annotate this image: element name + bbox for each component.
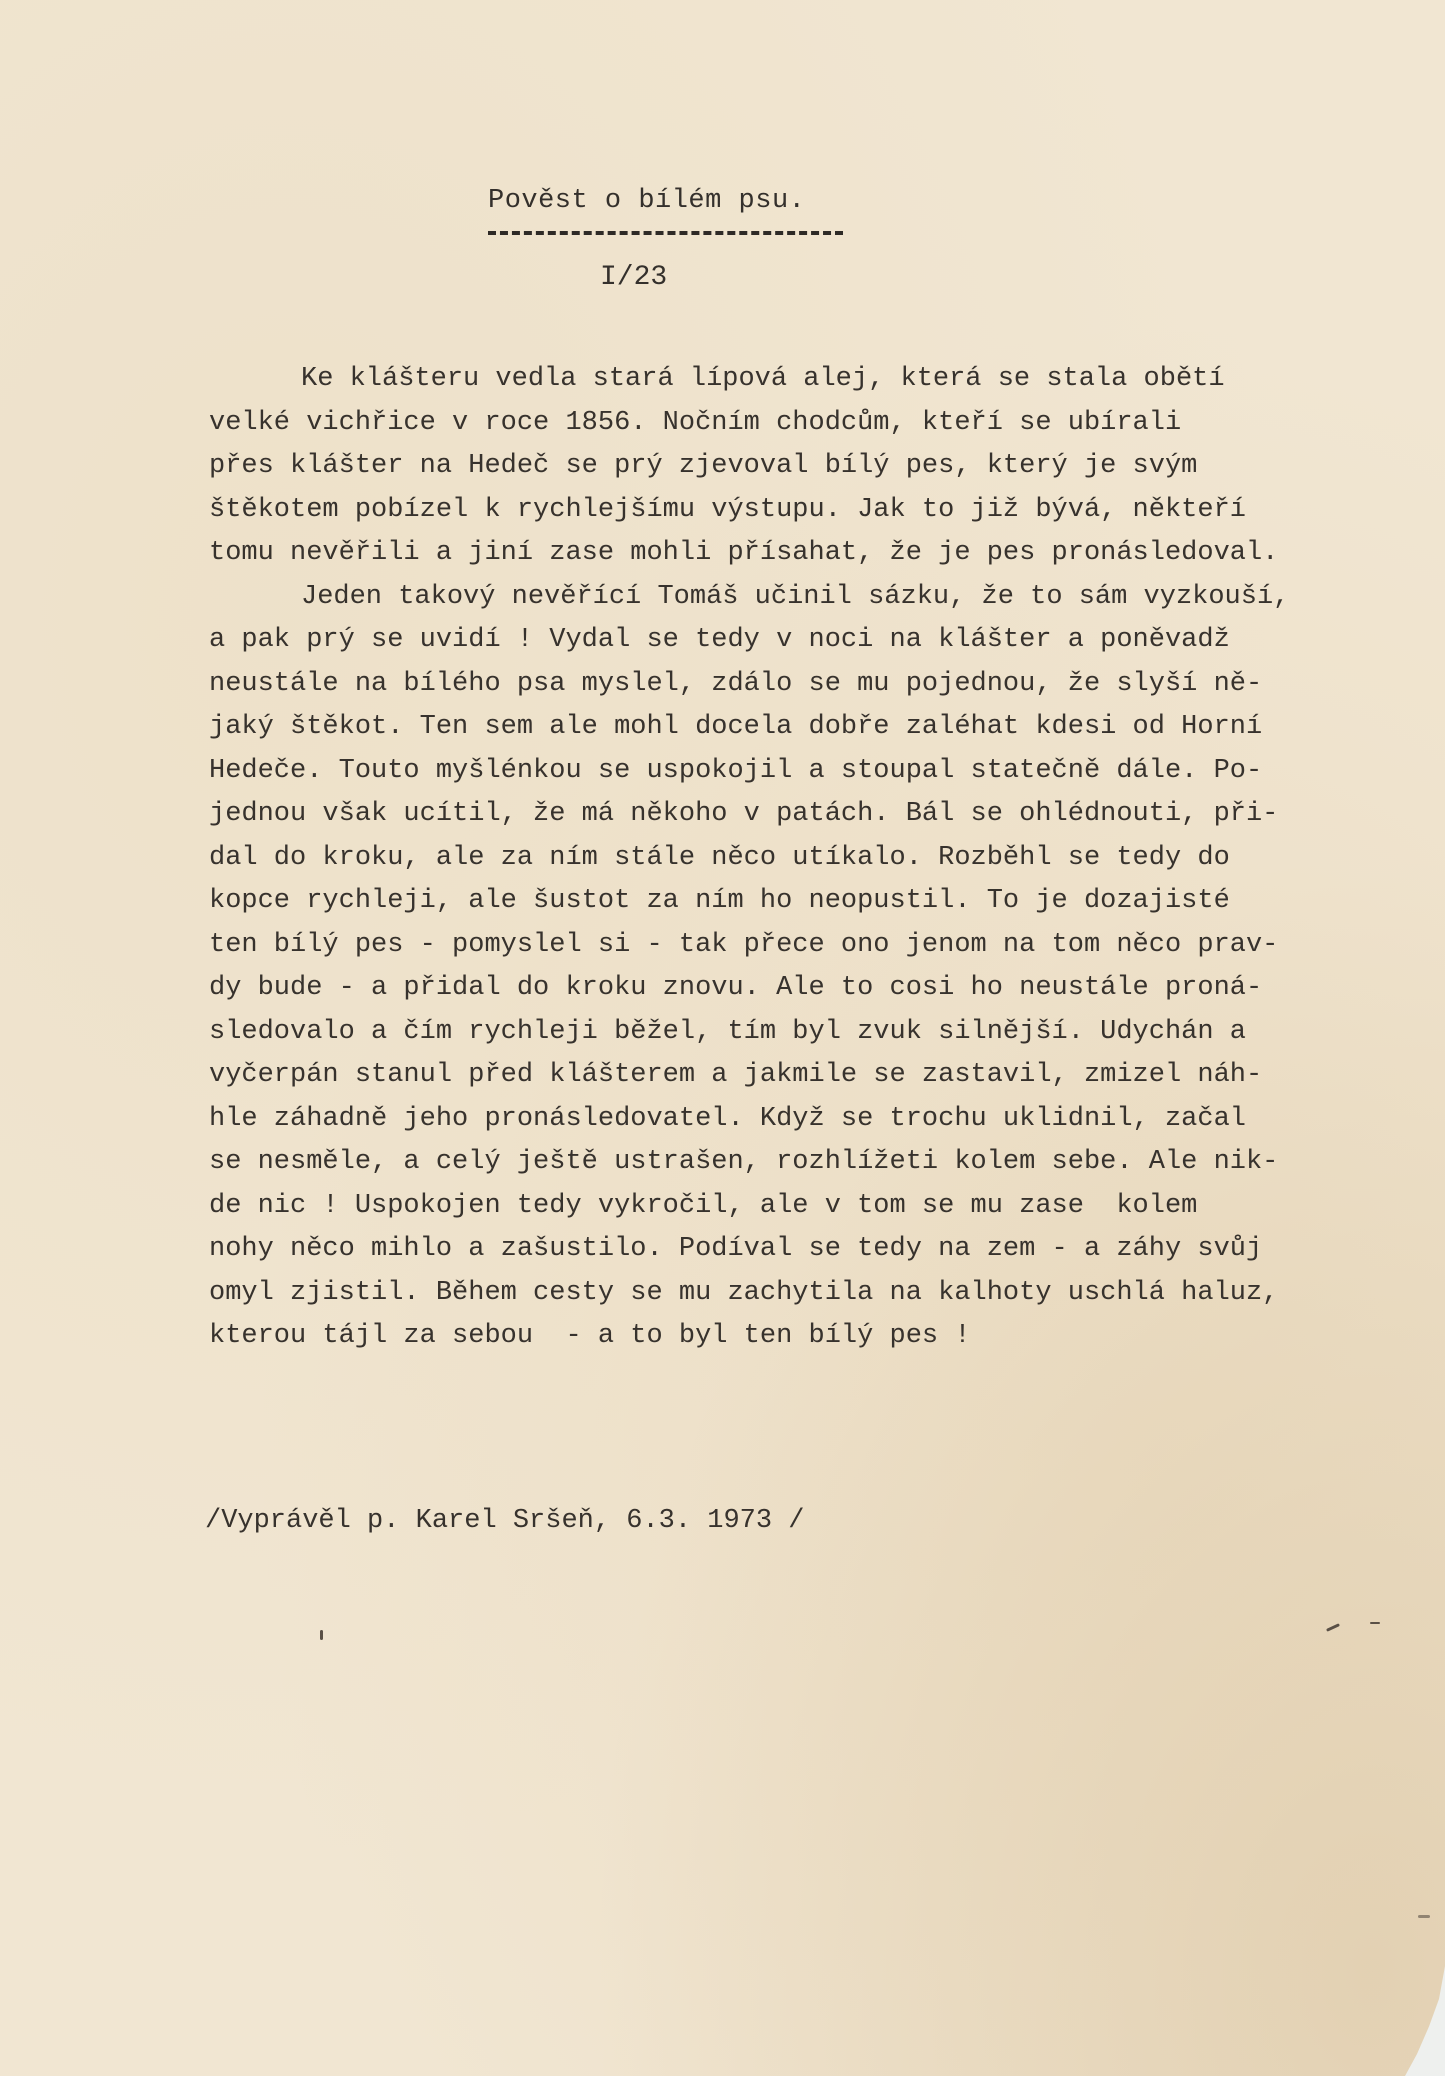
ink-speck [1370,1622,1380,1624]
text-line: tomu nevěřili a jiní zase mohli přísahat… [209,532,1409,576]
text-line: velké vichřice v roce 1856. Nočním chodc… [209,402,1409,446]
text-line: Ke klášteru vedla stará lípová alej, kte… [209,358,1409,402]
ink-speck [1326,1623,1340,1632]
text-line: štěkotem pobízel k rychlejšímu výstupu. … [209,489,1409,533]
document-number: I/23 [600,262,667,293]
text-line: de nic ! Uspokojen tedy vykročil, ale v … [209,1185,1409,1229]
text-line: nohy něco mihlo a zašustilo. Podíval se … [209,1228,1409,1272]
text-line: jednou však ucítil, že má někoho v patác… [209,793,1409,837]
text-line: přes klášter na Hedeč se prý zjevoval bí… [209,445,1409,489]
text-line: Hedeče. Touto myšlénkou se uspokojil a s… [209,750,1409,794]
text-line: dal do kroku, ale za ním stále něco utík… [209,837,1409,881]
text-line: dy bude - a přidal do kroku znovu. Ale t… [209,967,1409,1011]
narrator-signature: /Vyprávěl p. Karel Sršeň, 6.3. 1973 / [205,1506,805,1536]
text-line: se nesměle, a celý ještě ustrašen, rozhl… [209,1141,1409,1185]
text-line: omyl zjistil. Během cesty se mu zachytil… [209,1272,1409,1316]
text-line: kterou tájl za sebou - a to byl ten bílý… [209,1315,1409,1359]
text-line: sledovalo a čím rychleji běžel, tím byl … [209,1011,1409,1055]
text-line: a pak prý se uvidí ! Vydal se tedy v noc… [209,619,1409,663]
text-line: kopce rychleji, ale šustot za ním ho neo… [209,880,1409,924]
document-page: Pověst o bílém psu. I/23 Ke klášteru ved… [0,0,1445,2076]
text-line: neustále na bílého psa myslel, zdálo se … [209,663,1409,707]
story-body: Ke klášteru vedla stará lípová alej, kte… [209,358,1409,1359]
ink-speck [320,1630,323,1640]
ink-speck [1418,1915,1430,1918]
torn-paper-corner [1405,1966,1445,2076]
text-line: vyčerpán stanul před klášterem a jakmile… [209,1054,1409,1098]
text-line: jaký štěkot. Ten sem ale mohl docela dob… [209,706,1409,750]
text-line: Jeden takový nevěřící Tomáš učinil sázku… [209,576,1409,620]
text-line: hle záhadně jeho pronásledovatel. Když s… [209,1098,1409,1142]
document-title: Pověst o bílém psu. [488,186,805,216]
title-underline [488,231,843,235]
text-line: ten bílý pes - pomyslel si - tak přece o… [209,924,1409,968]
